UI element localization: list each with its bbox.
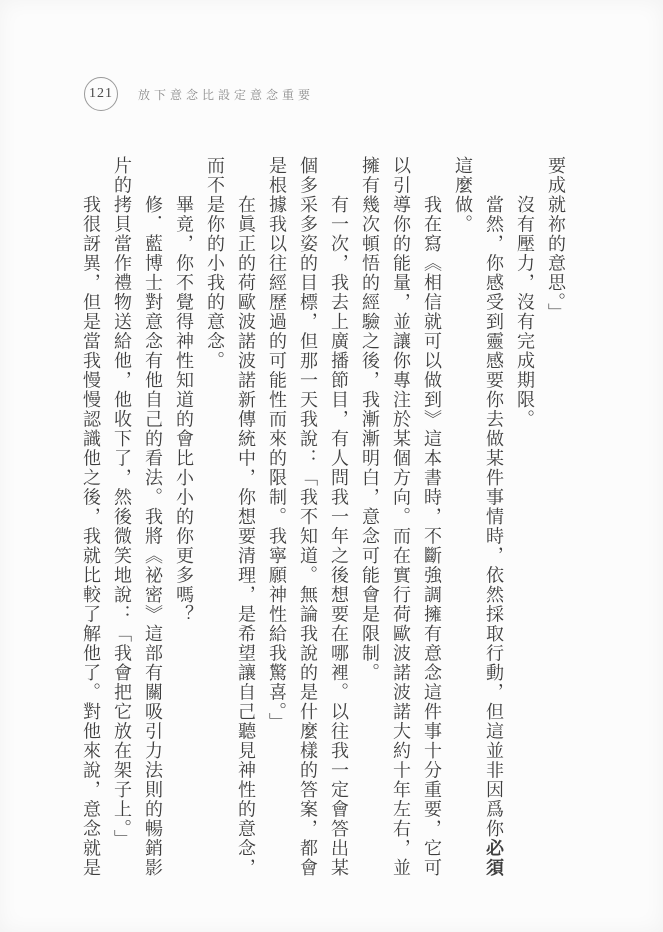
text-run: 當然，你感受到靈感要你去做某件事情時，依然採取行動，但這並非因爲你 <box>484 195 504 839</box>
body-text: 要成就祢的意思。」沒有壓力，沒有完成期限。當然，你感受到靈感要你去做某件事情時，… <box>75 156 571 879</box>
page-number-badge: 121 <box>84 77 118 111</box>
emphasis-text-run: 必須 <box>484 839 504 878</box>
paragraph: 修．藍博士對意念有他自己的看法。我將《祕密》這部有關吸引力法則的暢銷影片的拷貝當… <box>106 156 168 879</box>
book-page: 121 放下意念比設定意念重要 要成就祢的意思。」沒有壓力，沒有完成期限。當然，… <box>0 0 663 932</box>
paragraph: 有一次，我去上廣播節目，有人問我一年之後想要在哪裡。以往我一定會答出某個多采多姿… <box>261 156 354 879</box>
text-run: 我在寫《相信就可以做到》這本書時，不斷強調擁有意念這件事十分重要，它可以引導你的… <box>360 156 442 878</box>
page-number: 121 <box>89 86 113 102</box>
text-run: 畢竟，你不覺得神性知道的會比小小的你更多嗎？ <box>174 195 194 624</box>
paragraph: 當然，你感受到靈感要你去做某件事情時，依然採取行動，但這並非因爲你必須這麼做。 <box>447 156 509 879</box>
text-run: 這麼做。 <box>453 156 473 234</box>
text-run: 我很訝異，但是當我慢慢認識他之後，我就比較了解他了。對他來說，意念就是 <box>81 195 101 878</box>
text-run: 在眞正的荷歐波諾波諾新傳統中，你想要清理，是希望讓自己聽見神性的意念，而不是你的… <box>205 156 256 878</box>
paragraph: 在眞正的荷歐波諾波諾新傳統中，你想要清理，是希望讓自己聽見神性的意念，而不是你的… <box>199 156 261 879</box>
paragraph: 沒有壓力，沒有完成期限。 <box>509 156 540 879</box>
text-run: 要成就祢的意思。」 <box>546 156 566 323</box>
text-run: 修．藍博士對意念有他自己的看法。我將《祕密》這部有關吸引力法則的暢銷影片的拷貝當… <box>112 156 163 878</box>
paragraph: 要成就祢的意思。」 <box>540 156 571 879</box>
paragraph: 我很訝異，但是當我慢慢認識他之後，我就比較了解他了。對他來說，意念就是 <box>75 156 106 879</box>
text-run: 沒有壓力，沒有完成期限。 <box>515 195 535 429</box>
page-header: 121 放下意念比設定意念重要 <box>84 77 314 111</box>
text-run: 有一次，我去上廣播節目，有人問我一年之後想要在哪裡。以往我一定會答出某個多采多姿… <box>267 156 349 878</box>
paragraph: 畢竟，你不覺得神性知道的會比小小的你更多嗎？ <box>168 156 199 879</box>
paragraph: 我在寫《相信就可以做到》這本書時，不斷強調擁有意念這件事十分重要，它可以引導你的… <box>354 156 447 879</box>
running-title: 放下意念比設定意念重要 <box>138 86 314 103</box>
